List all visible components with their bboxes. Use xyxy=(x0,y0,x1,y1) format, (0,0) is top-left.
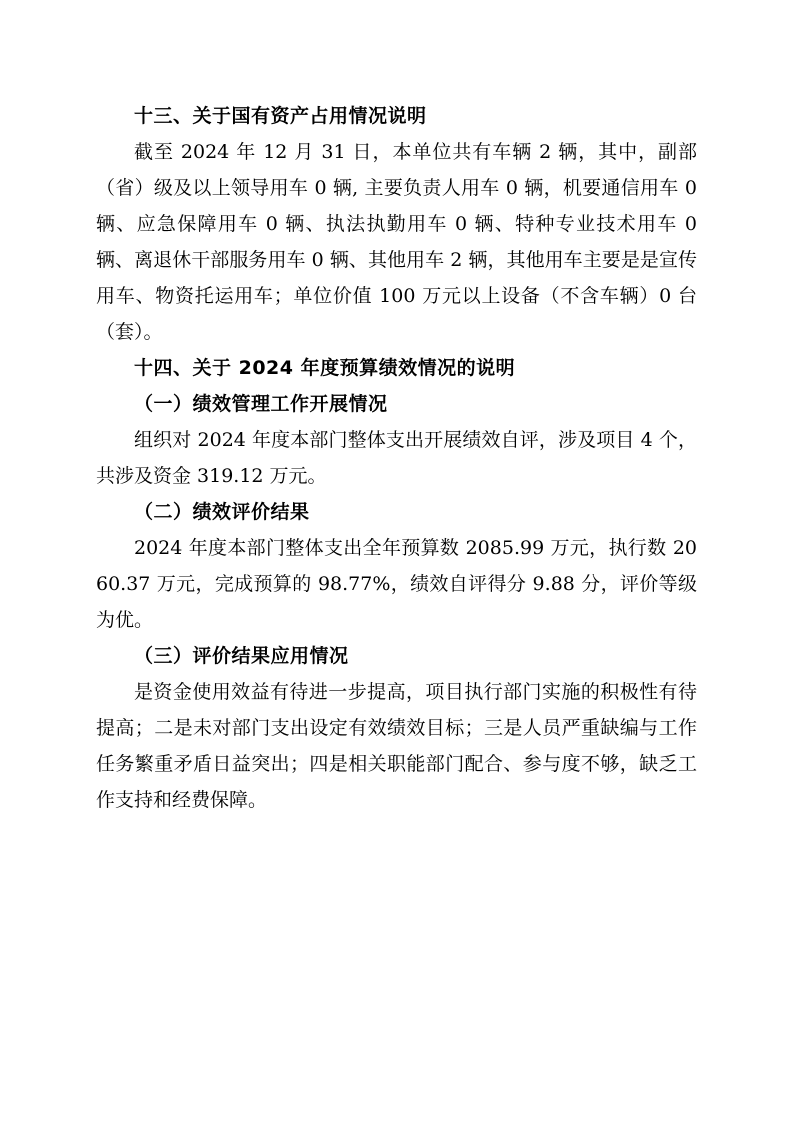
subsection-3-heading: （三）评价结果应用情况 xyxy=(96,638,697,674)
subsection-2-heading: （二）绩效评价结果 xyxy=(96,494,697,530)
section-13-heading: 十三、关于国有资产占用情况说明 xyxy=(96,98,697,134)
subsection-1-paragraph: 组织对 2024 年度本部门整体支出开展绩效自评，涉及项目 4 个，共涉及资金 … xyxy=(96,422,697,494)
document-page: 十三、关于国有资产占用情况说明 截至 2024 年 12 月 31 日，本单位共… xyxy=(0,0,793,1122)
subsection-2-paragraph: 2024 年度本部门整体支出全年预算数 2085.99 万元，执行数 2060.… xyxy=(96,530,697,638)
section-13-paragraph: 截至 2024 年 12 月 31 日，本单位共有车辆 2 辆，其中，副部（省）… xyxy=(96,134,697,350)
subsection-3-paragraph: 是资金使用效益有待进一步提高，项目执行部门实施的积极性有待提高；二是未对部门支出… xyxy=(96,674,697,818)
section-14-heading: 十四、关于 2024 年度预算绩效情况的说明 xyxy=(96,350,697,386)
subsection-1-heading: （一）绩效管理工作开展情况 xyxy=(96,386,697,422)
document-body: 十三、关于国有资产占用情况说明 截至 2024 年 12 月 31 日，本单位共… xyxy=(96,98,697,818)
